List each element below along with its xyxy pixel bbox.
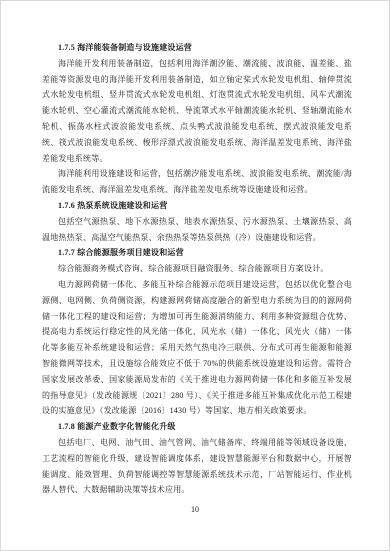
paragraph-integrated-energy-services: 综合能源商务模式咨询、综合能源项目融资服务、综合能源项目方案设计。 — [42, 261, 352, 277]
document-page: 1.7.5 海洋能装备制造与设施建设运营 海洋能开发利用装备制造，包括利用海洋潮… — [0, 0, 390, 551]
section-heading-1-7-8: 1.7.8 能源产业数字化智能化升级 — [42, 419, 352, 435]
section-heading-1-7-7: 1.7.7 综合能源服务项目建设和运营 — [42, 245, 352, 261]
paragraph-energy-digitalization: 包括电厂、电网、油气田、油气管网、油气储备库、终端用能等领域设备设施、工艺流程的… — [42, 435, 352, 498]
paragraph-marine-facilities: 海洋能利用设施建设和运营，包括潮汐能发电系统、波浪能发电系统、潮流能/海流能发电… — [42, 166, 352, 198]
page-content: 1.7.5 海洋能装备制造与设施建设运营 海洋能开发利用装备制造，包括利用海洋潮… — [42, 40, 352, 498]
paragraph-source-grid-load-storage: 电力源网荷储一体化、多能互补综合能源示范项目建设运营，包括以优化整合电源侧、电网… — [42, 277, 352, 419]
section-heading-1-7-5: 1.7.5 海洋能装备制造与设施建设运营 — [42, 40, 352, 56]
paragraph-marine-equipment: 海洋能开发利用装备制造，包括利用海洋潮汐能、潮流能、波浪能、温差能、盐差能等资源… — [42, 56, 352, 167]
paragraph-heat-pump: 包括空气源热泵、地下水源热泵、地表水源热泵、污水源热泵、土壤源热泵、高温地热热泵… — [42, 214, 352, 246]
section-heading-1-7-6: 1.7.6 热泵系统设施建设和运营 — [42, 198, 352, 214]
page-number: 10 — [1, 505, 389, 514]
